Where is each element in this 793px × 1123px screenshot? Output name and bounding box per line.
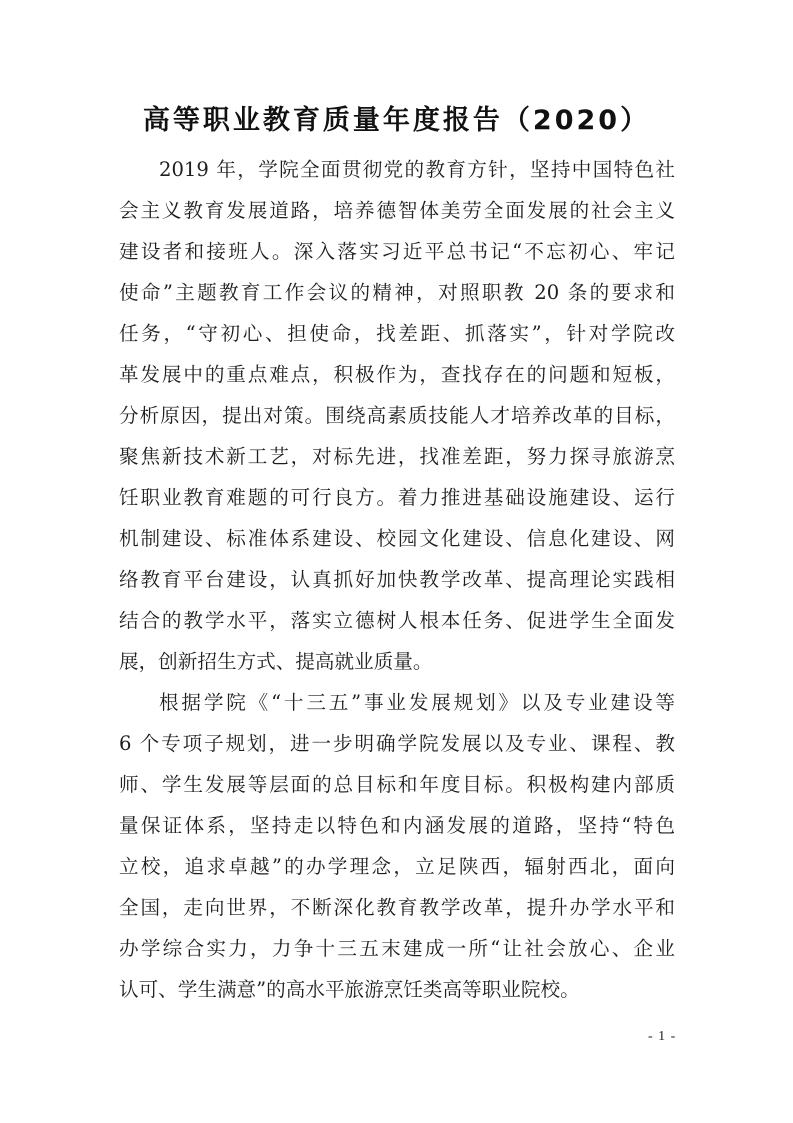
paragraph-line: 革发展中的重点难点，积极作为，查找存在的问题和短板， [119, 361, 675, 389]
paragraph-line: 机制建设、标准体系建设、校园文化建设、信息化建设、网 [119, 525, 675, 553]
document-page: 高等职业教育质量年度报告（2020） 2019 年，学院全面贯彻党的教育方针，坚… [0, 0, 793, 1123]
paragraph-line: 2019 年，学院全面贯彻党的教育方针，坚持中国特色社 [159, 156, 675, 184]
paragraph-line: 结合的教学水平，落实立德树人根本任务、促进学生全面发 [119, 607, 675, 635]
paragraph-line: 建设者和接班人。深入落实习近平总书记“不忘初心、牢记 [119, 238, 675, 266]
paragraph-line: 立校，追求卓越”的办学理念，立足陕西，辐射西北，面向 [119, 853, 675, 881]
paragraph-line: 办学综合实力，力争十三五末建成一所“让社会放心、企业 [119, 935, 675, 963]
paragraph-line: 任务，“守初心、担使命，找差距、抓落实”，针对学院改 [119, 320, 675, 348]
paragraph-line: 根据学院《“十三五”事业发展规划》以及专业建设等 [159, 689, 675, 717]
paragraph-line: 分析原因，提出对策。围绕高素质技能人才培养改革的目标， [119, 402, 675, 430]
paragraph-line: 量保证体系，坚持走以特色和内涵发展的道路，坚持“特色 [119, 812, 675, 840]
paragraph-line: 聚焦新技术新工艺，对标先进，找准差距，努力探寻旅游烹 [119, 443, 675, 471]
paragraph-line: 使命”主题教育工作会议的精神，对照职教 20 条的要求和 [119, 279, 675, 307]
paragraph-line: 展，创新招生方式、提高就业质量。 [119, 648, 675, 676]
paragraph-line: 全国，走向世界，不断深化教育教学改革，提升办学水平和 [119, 894, 675, 922]
paragraph-line: 认可、学生满意”的高水平旅游烹饪类高等职业院校。 [119, 976, 675, 1004]
paragraph-line: 饪职业教育难题的可行良方。着力推进基础设施建设、运行 [119, 484, 675, 512]
page-number: - 1 - [648, 1029, 676, 1045]
paragraph-line: 6 个专项子规划，进一步明确学院发展以及专业、课程、教 [119, 730, 675, 758]
paragraph-line: 师、学生发展等层面的总目标和年度目标。积极构建内部质 [119, 771, 675, 799]
paragraph-line: 会主义教育发展道路，培养德智体美劳全面发展的社会主义 [119, 197, 675, 225]
paragraph-line: 络教育平台建设，认真抓好加快教学改革、提高理论实践相 [119, 566, 675, 594]
document-title: 高等职业教育质量年度报告（2020） [0, 98, 793, 137]
